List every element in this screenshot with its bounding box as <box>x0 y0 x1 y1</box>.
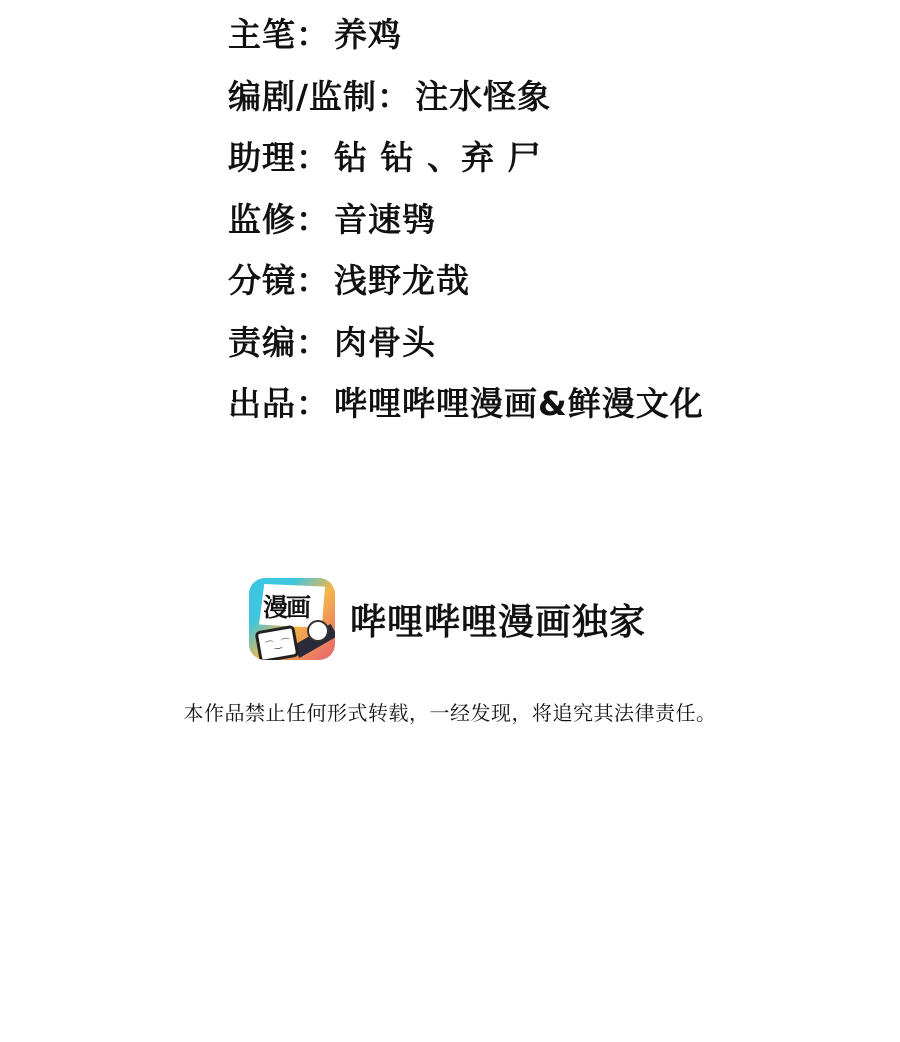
mascot-face: ⌒‿⌒ <box>264 635 291 652</box>
credit-role: 分镜： <box>228 256 330 306</box>
credits-list: 主笔：养鸡 编剧/监制：注水怪象 助理：钻 钻 、弃 尸 监修：音速鸮 分镜：浅… <box>228 10 704 441</box>
credit-role: 编剧/监制： <box>228 72 411 122</box>
credit-name: 钻 钻 、弃 尸 <box>334 133 541 183</box>
brand-block: 漫画 ⌒‿⌒ 哔哩哔哩漫画独家 <box>249 578 646 660</box>
icon-thumbs-up-shape <box>307 620 329 642</box>
credit-row-lead-artist: 主笔：养鸡 <box>228 10 704 72</box>
credit-row-storyboard: 分镜：浅野龙哉 <box>228 256 704 318</box>
brand-exclusive-text: 哔哩哔哩漫画独家 <box>350 594 646 645</box>
credit-name: 养鸡 <box>334 10 402 60</box>
credit-row-editor: 责编：肉骨头 <box>228 318 704 380</box>
credit-row-assistant: 助理：钻 钻 、弃 尸 <box>228 133 704 195</box>
credit-name: 浅野龙哉 <box>334 256 470 306</box>
credit-name: 音速鸮 <box>334 195 436 245</box>
credit-name: 哔哩哔哩漫画&鲜漫文化 <box>334 379 704 429</box>
credit-role: 主笔： <box>228 10 330 60</box>
credit-role: 责编： <box>228 318 330 368</box>
credit-role: 助理： <box>228 133 330 183</box>
credit-role: 出品： <box>228 379 330 429</box>
bilibili-comics-app-icon: 漫画 ⌒‿⌒ <box>249 578 335 660</box>
copyright-notice: 本作品禁止任何形式转载，一经发现，将追究其法律责任。 <box>0 697 900 726</box>
credit-row-publisher: 出品：哔哩哔哩漫画&鲜漫文化 <box>228 379 704 441</box>
credit-row-supervisor: 监修：音速鸮 <box>228 195 704 257</box>
credit-name: 肉骨头 <box>334 318 436 368</box>
tv-mascot-icon: ⌒‿⌒ <box>255 625 300 660</box>
credit-name: 注水怪象 <box>415 72 551 122</box>
credit-role: 监修： <box>228 195 330 245</box>
icon-label: 漫画 <box>263 588 309 624</box>
credit-row-writer: 编剧/监制：注水怪象 <box>228 72 704 134</box>
